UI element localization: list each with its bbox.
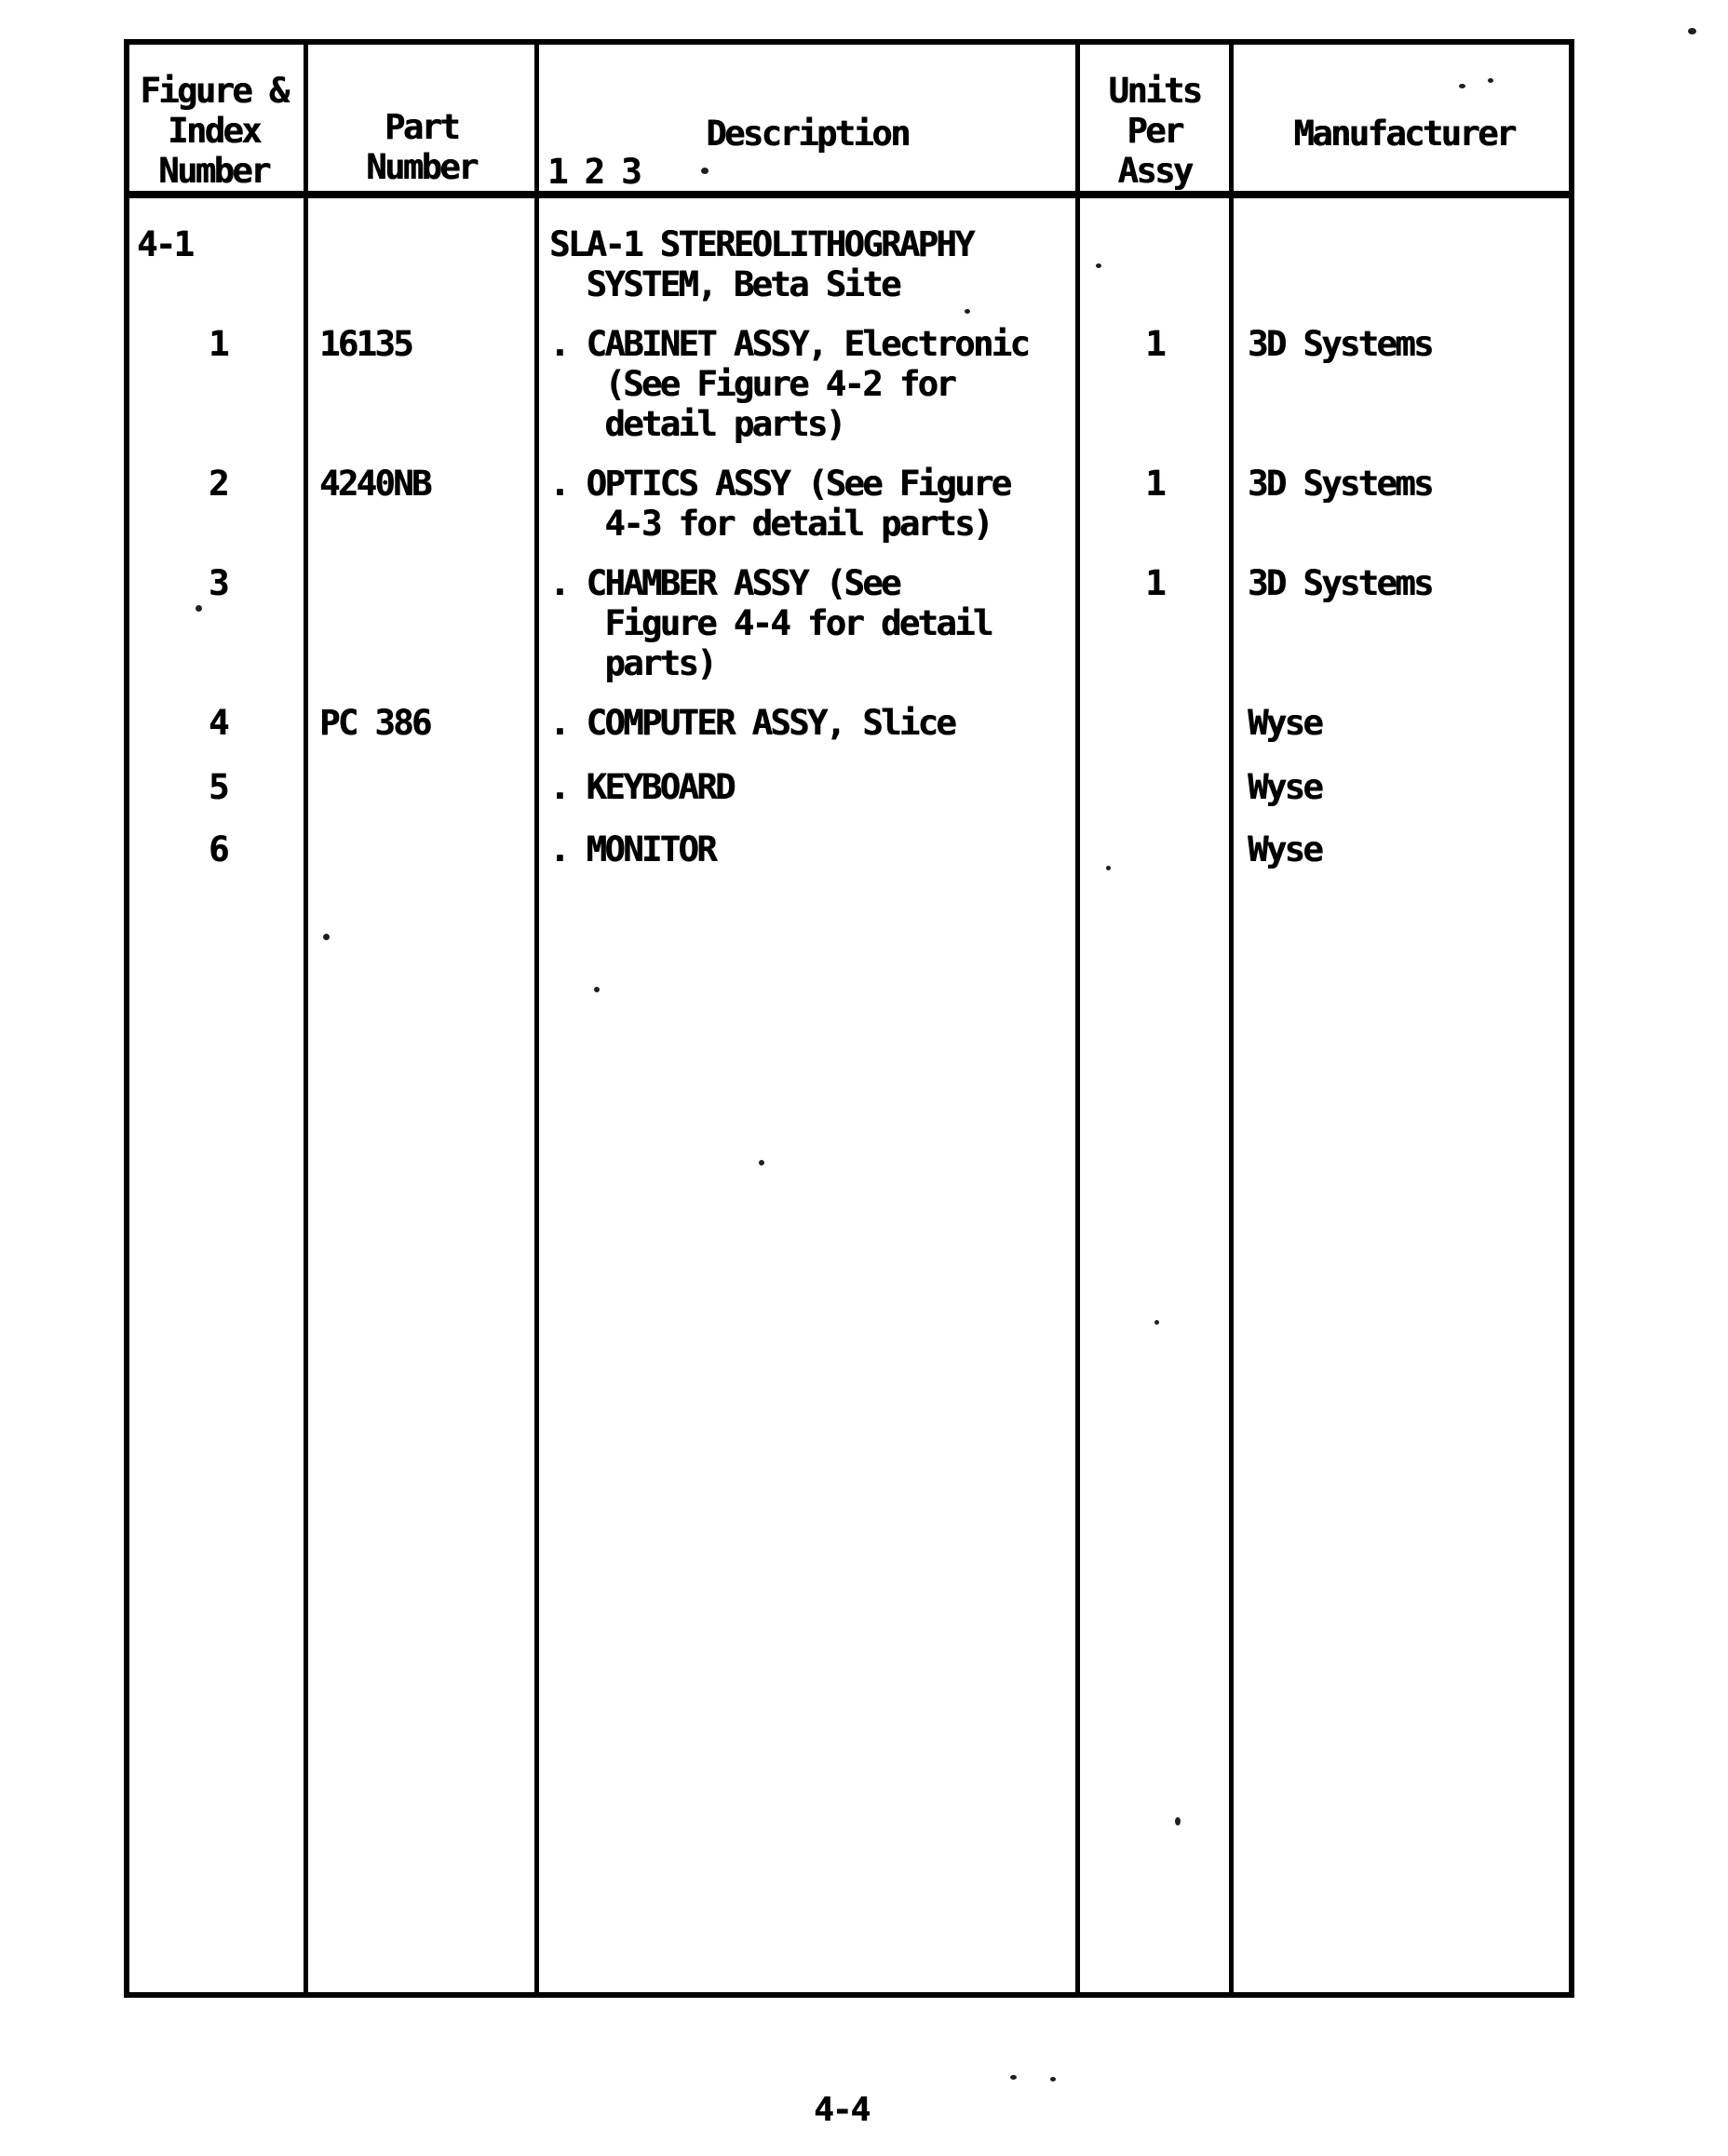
manufacturer-cell: 3D Systems [1248, 563, 1432, 603]
document-page: Figure & Index Number Part Number Descri… [0, 0, 1728, 2156]
description-cell: . KEYBOARD [549, 767, 734, 807]
figure-index-cell: 6 [209, 829, 227, 869]
part-number-cell: 4240NB [319, 464, 430, 504]
scan-speck [1459, 84, 1465, 88]
header-units-per-assy: Units Per Assy [1080, 71, 1229, 191]
scan-speck [1096, 263, 1101, 268]
scan-speck [1106, 866, 1111, 870]
column-divider [1229, 41, 1234, 1996]
header-divider [127, 191, 1572, 198]
figure-index-cell: 5 [209, 767, 227, 807]
scan-speck [1343, 138, 1349, 142]
scan-speck [323, 934, 330, 940]
scan-speck [1154, 1320, 1159, 1325]
header-part-number: Part Number [308, 107, 534, 187]
units-per-assy-cell: 1 [1080, 464, 1229, 504]
manufacturer-cell: 3D Systems [1248, 464, 1432, 504]
figure-index-cell: 2 [209, 464, 227, 504]
description-cell: . MONITOR [549, 829, 715, 869]
description-cell: . CHAMBER ASSY (See Figure 4-4 for detai… [549, 563, 992, 683]
figure-index-cell: 1 [209, 324, 227, 364]
part-number-cell: PC 386 [319, 703, 430, 743]
figure-index-cell: 4-1 [137, 224, 192, 264]
scan-speck [594, 987, 600, 992]
scan-speck [1050, 2077, 1056, 2082]
manufacturer-cell: Wyse [1248, 703, 1321, 743]
units-per-assy-cell: 1 [1080, 324, 1229, 364]
scan-speck [1175, 1817, 1181, 1826]
scan-speck [965, 309, 970, 314]
description-cell: . COMPUTER ASSY, Slice [549, 703, 954, 743]
header-figure-index-number: Figure & Index Number [124, 71, 304, 191]
scan-speck [1688, 28, 1696, 34]
scan-speck [701, 168, 709, 174]
figure-index-cell: 3 [209, 563, 227, 603]
column-divider [534, 41, 539, 1996]
manufacturer-cell: Wyse [1248, 767, 1321, 807]
page-number: 4-4 [814, 2091, 869, 2129]
scan-speck [1488, 78, 1493, 83]
scan-speck [196, 605, 202, 612]
description-cell: SLA-1 STEREOLITHOGRAPHY SYSTEM, Beta Sit… [549, 224, 973, 304]
units-per-assy-cell: 1 [1080, 563, 1229, 603]
header-description: Description [539, 114, 1075, 154]
scan-speck [759, 1160, 764, 1166]
description-cell: . OPTICS ASSY (See Figure 4-3 for detail… [549, 464, 1009, 544]
header-description-columns: 1 2 3 [547, 152, 640, 192]
figure-index-cell: 4 [209, 703, 227, 743]
manufacturer-cell: 3D Systems [1248, 324, 1432, 364]
description-cell: . CABINET ASSY, Electronic (See Figure 4… [549, 324, 1028, 444]
scan-speck [1010, 2075, 1017, 2080]
column-divider [304, 41, 308, 1996]
header-manufacturer: Manufacturer [1234, 114, 1574, 154]
part-number-cell: 16135 [319, 324, 412, 364]
manufacturer-cell: Wyse [1248, 829, 1321, 869]
